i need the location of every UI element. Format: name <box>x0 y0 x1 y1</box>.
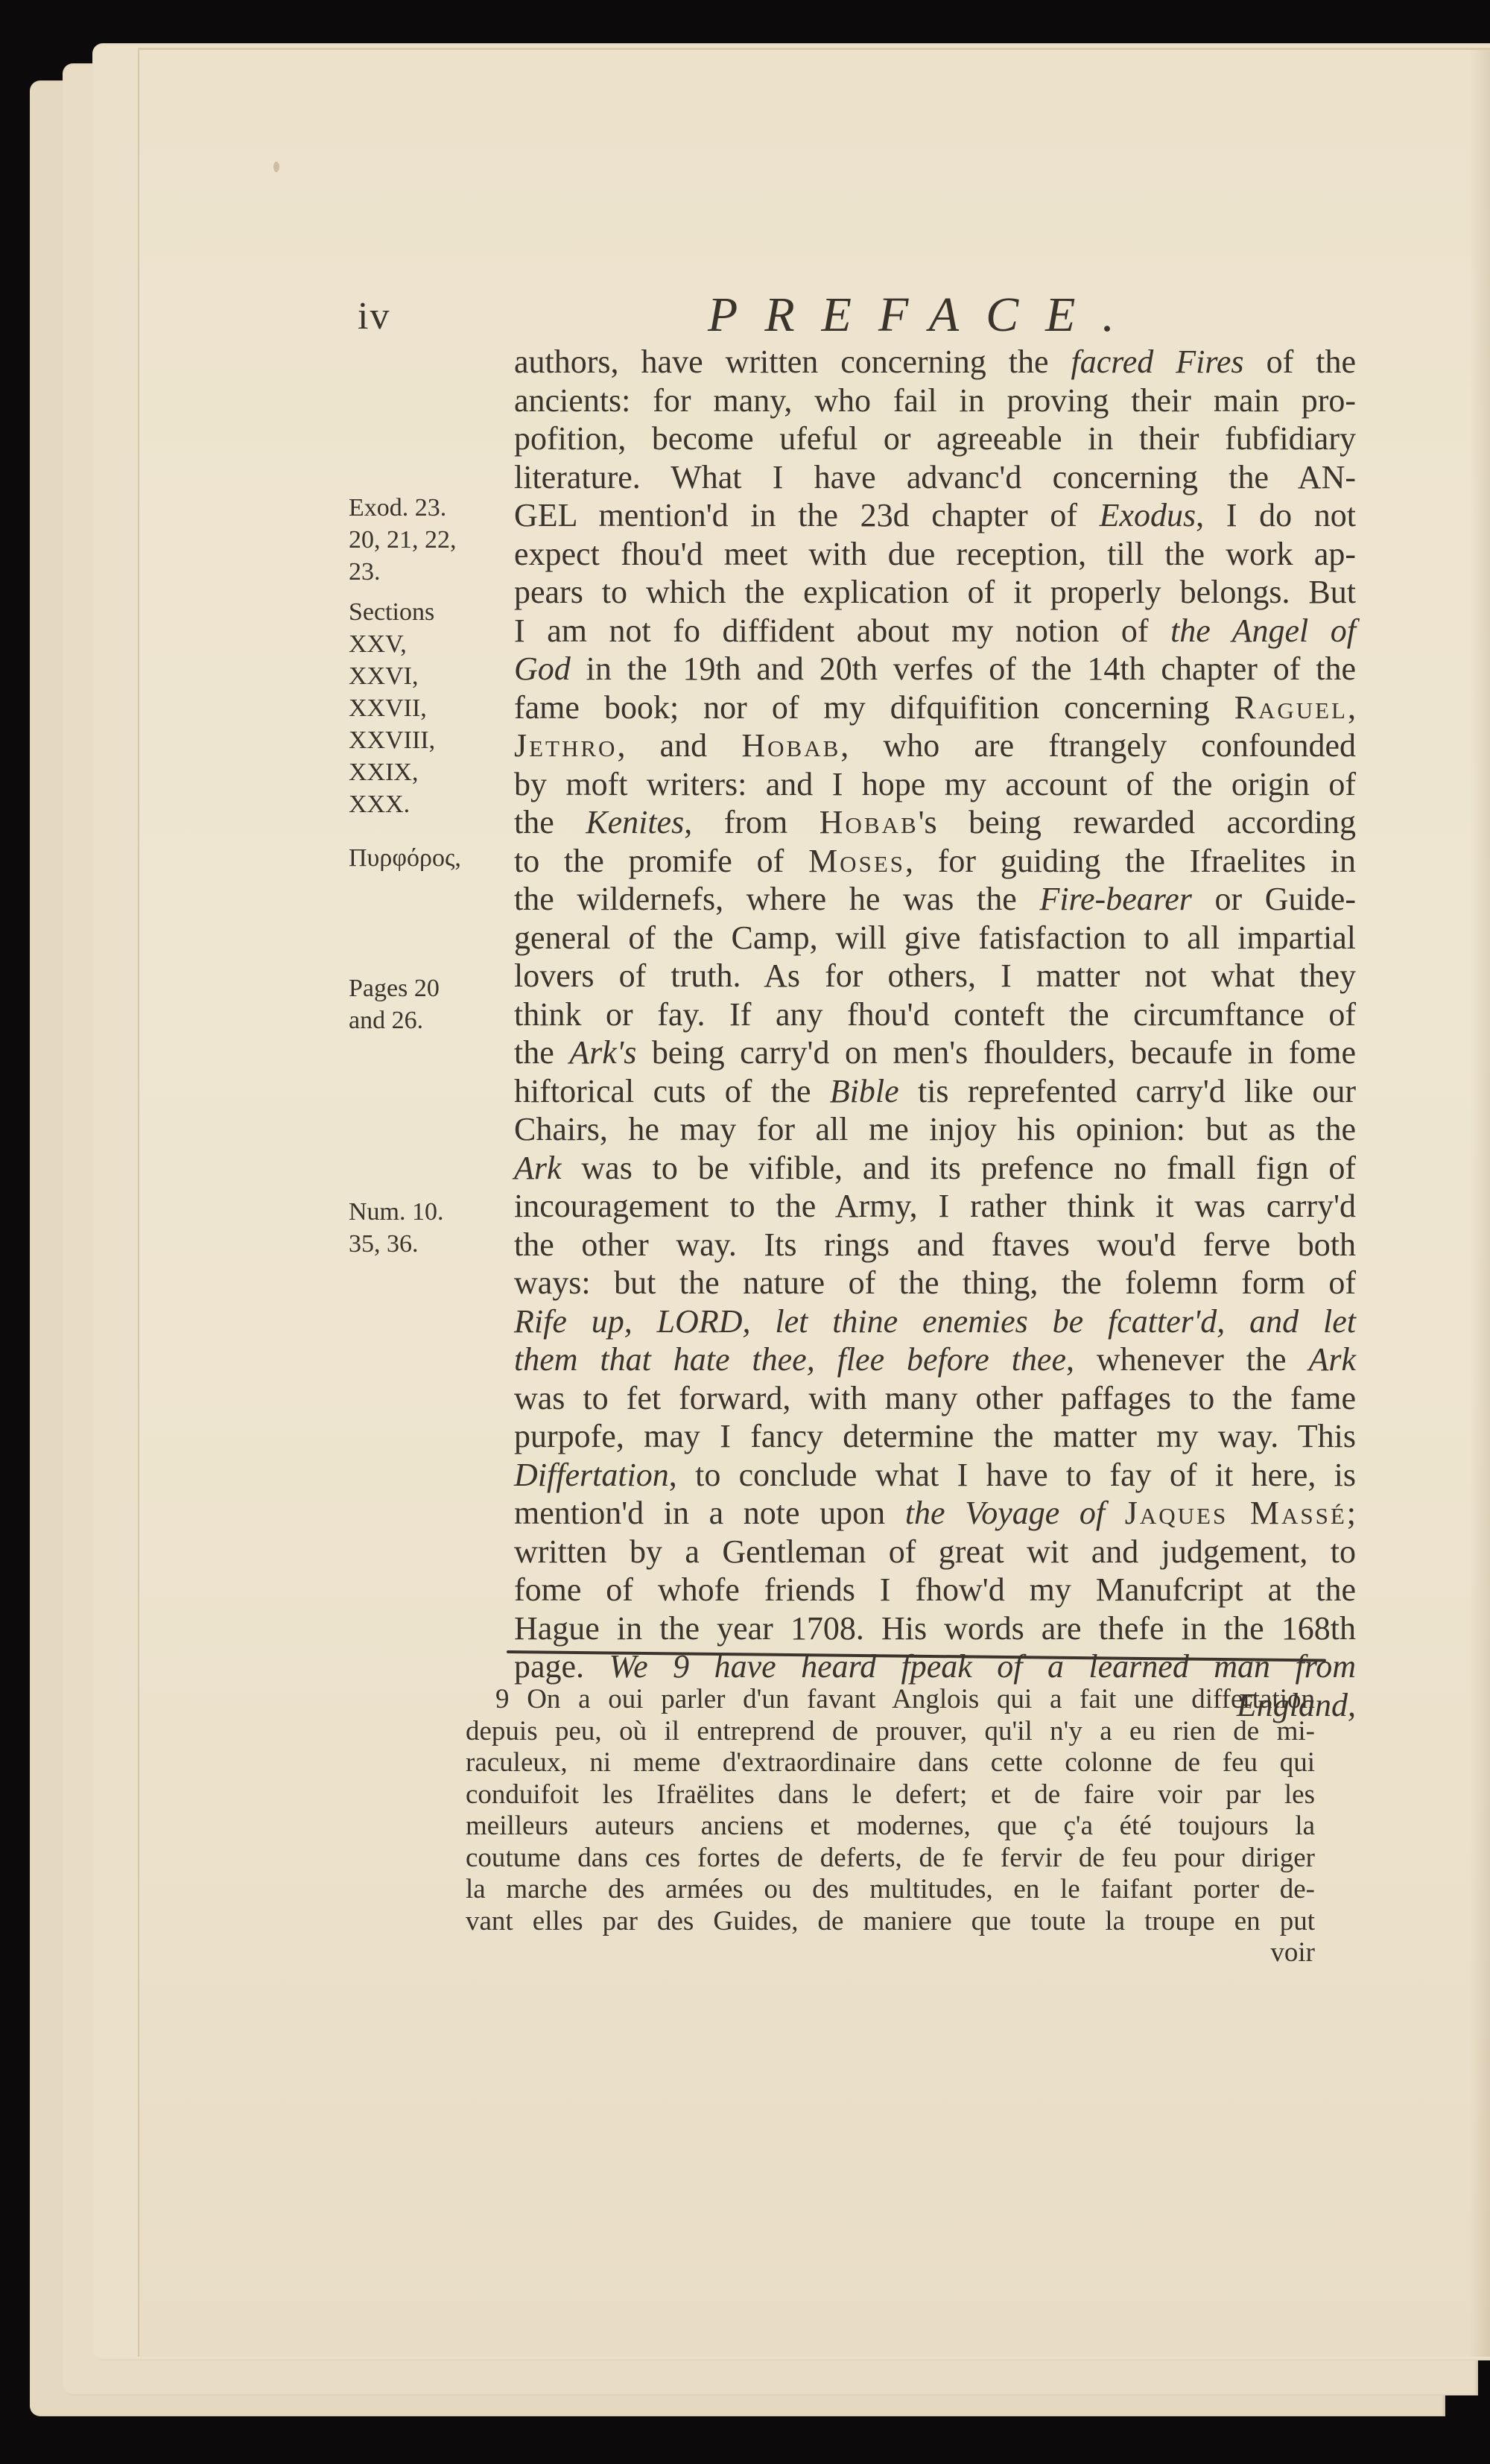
margin-note-line: XXV, <box>349 628 505 660</box>
body-line: fame book; nor of my difquifition concer… <box>514 688 1356 727</box>
body-line: Jethro, and Hobab, who are ftrangely con… <box>514 726 1356 765</box>
margin-note-line: and 26. <box>349 1004 505 1036</box>
italic-text: Kenites <box>586 804 684 840</box>
body-line: the wildernefs, where he was the Fire-be… <box>514 880 1356 919</box>
small-caps-name: Raguel <box>1234 689 1348 726</box>
margin-note: SectionsXXV,XXVI,XXVII,XXVIII,XXIX,XXX. <box>349 596 505 820</box>
body-line: expect fhou'd meet with due reception, t… <box>514 535 1356 574</box>
margin-note-line: Exod. 23. <box>349 492 505 524</box>
margin-note-line: Num. 10. <box>349 1196 505 1228</box>
margin-note: Πυρφόρος, <box>349 842 505 874</box>
footnote-line: conduifoit les Ifraëlites dans le defert… <box>466 1779 1315 1811</box>
body-line: Rife up, LORD, let thine enemies be fcat… <box>514 1302 1356 1341</box>
body-line: to the promife of Moses, for guiding the… <box>514 842 1356 881</box>
footnote-line: meilleurs auteurs anciens et modernes, q… <box>466 1811 1315 1843</box>
footnote: 9 On a oui parler d'un favant Anglois qu… <box>466 1684 1315 1969</box>
body-line: was to fet forward, with many other paff… <box>514 1379 1356 1418</box>
margin-note: Pages 20and 26. <box>349 972 505 1036</box>
body-line: authors, have written concerning the fac… <box>514 343 1356 381</box>
body-text: authors, have written concerning the fac… <box>514 343 1356 1724</box>
body-line: literature. What I have advanc'd concern… <box>514 458 1356 497</box>
body-line: pofition, become ufeful or agreeable in … <box>514 419 1356 458</box>
body-line: Ark was to be vifible, and its prefence … <box>514 1149 1356 1188</box>
italic-text: Ark's <box>569 1034 636 1071</box>
body-line: general of the Camp, will give fatisfact… <box>514 919 1356 957</box>
margin-note-line: 23. <box>349 556 505 588</box>
footnote-line: raculeux, ni meme d'extraordinaire dans … <box>466 1747 1315 1779</box>
page-number: iv <box>358 294 390 338</box>
footnote-line: 9 On a oui parler d'un favant Anglois qu… <box>466 1684 1315 1716</box>
body-line: fome of whofe friends I fhow'd my Manufc… <box>514 1571 1356 1609</box>
italic-text: Rife up, LORD, let thine enemies be fcat… <box>514 1303 1356 1340</box>
small-caps-name: Moses <box>808 843 905 879</box>
body-line: by moft writers: and I hope my account o… <box>514 765 1356 804</box>
footnote-line: la marche des armées ou des multitudes, … <box>466 1874 1315 1906</box>
small-caps-name: Hobab <box>741 727 840 764</box>
body-line: Chairs, he may for all me injoy his opin… <box>514 1110 1356 1149</box>
body-line: written by a Gentleman of great wit and … <box>514 1533 1356 1571</box>
margin-note-line: Πυρφόρος, <box>349 842 505 874</box>
footnote-line: vant elles par des Guides, de maniere qu… <box>466 1906 1315 1938</box>
margin-note: Exod. 23.20, 21, 22,23. <box>349 492 505 588</box>
body-line: GEL mention'd in the 23d chapter of Exod… <box>514 496 1356 535</box>
italic-text: facred Fires <box>1071 343 1244 380</box>
margin-note: Num. 10.35, 36. <box>349 1196 505 1260</box>
italic-text: Exodus <box>1100 497 1196 533</box>
italic-text: the Angel of <box>1170 612 1356 649</box>
italic-text: the Voyage of <box>905 1495 1105 1531</box>
body-line: Differtation, to conclude what I have to… <box>514 1456 1356 1495</box>
margin-note-line: Pages 20 <box>349 972 505 1004</box>
body-line: the other way. Its rings and ftaves wou'… <box>514 1226 1356 1264</box>
small-caps-name: Hobab <box>819 804 919 840</box>
margin-note-line: XXX. <box>349 788 505 820</box>
italic-text: Fire-bearer <box>1039 881 1191 917</box>
italic-text: God <box>514 650 571 687</box>
margin-note-line: XXVII, <box>349 692 505 724</box>
body-line: ways: but the nature of the thing, the f… <box>514 1264 1356 1302</box>
running-head: PREFACE. <box>708 287 1141 343</box>
margin-note-line: XXVI, <box>349 660 505 692</box>
body-line: ancients: for many, who fail in proving … <box>514 381 1356 420</box>
footnote-line: coutume dans ces fortes de deferts, de f… <box>466 1843 1315 1875</box>
margin-note-line: 20, 21, 22, <box>349 524 505 556</box>
body-line: the Ark's being carry'd on men's fhoulde… <box>514 1033 1356 1072</box>
italic-text: Ark <box>1308 1341 1356 1378</box>
body-line: Hague in the year 1708. His words are th… <box>514 1609 1356 1648</box>
small-caps-name: Jethro <box>514 727 617 764</box>
italic-text: Ark <box>514 1150 562 1186</box>
body-line: God in the 19th and 20th verfes of the 1… <box>514 650 1356 688</box>
body-line: incouragement to the Army, I rather thin… <box>514 1187 1356 1226</box>
body-line: hiftorical cuts of the Bible tis reprefe… <box>514 1072 1356 1111</box>
body-line: I am not fo diffident about my notion of… <box>514 612 1356 650</box>
italic-text: Bible <box>830 1073 899 1109</box>
margin-note-line: Sections <box>349 596 505 628</box>
body-line: lovers of truth. As for others, I matter… <box>514 957 1356 995</box>
body-line: them that hate thee, flee before thee, w… <box>514 1340 1356 1379</box>
body-line: the Kenites, from Hobab's being rewarded… <box>514 803 1356 842</box>
body-line: mention'd in a note upon the Voyage of J… <box>514 1494 1356 1533</box>
italic-text: them that hate thee, flee before thee <box>514 1341 1066 1378</box>
margin-note-line: XXIX, <box>349 756 505 788</box>
small-caps-name: Jaques Massé <box>1125 1495 1347 1531</box>
italic-text: Differtation <box>514 1457 669 1493</box>
margin-note-line: XXVIII, <box>349 724 505 756</box>
footnote-catchword: voir <box>466 1937 1315 1969</box>
margin-note-line: 35, 36. <box>349 1228 505 1260</box>
body-line: think or fay. If any fhou'd conteft the … <box>514 995 1356 1034</box>
body-line: pears to which the explication of it pro… <box>514 573 1356 612</box>
body-line: purpofe, may I fancy determine the matte… <box>514 1417 1356 1456</box>
ink-spot <box>273 162 279 172</box>
footnote-line: depuis peu, où il entreprend de prouver,… <box>466 1716 1315 1748</box>
